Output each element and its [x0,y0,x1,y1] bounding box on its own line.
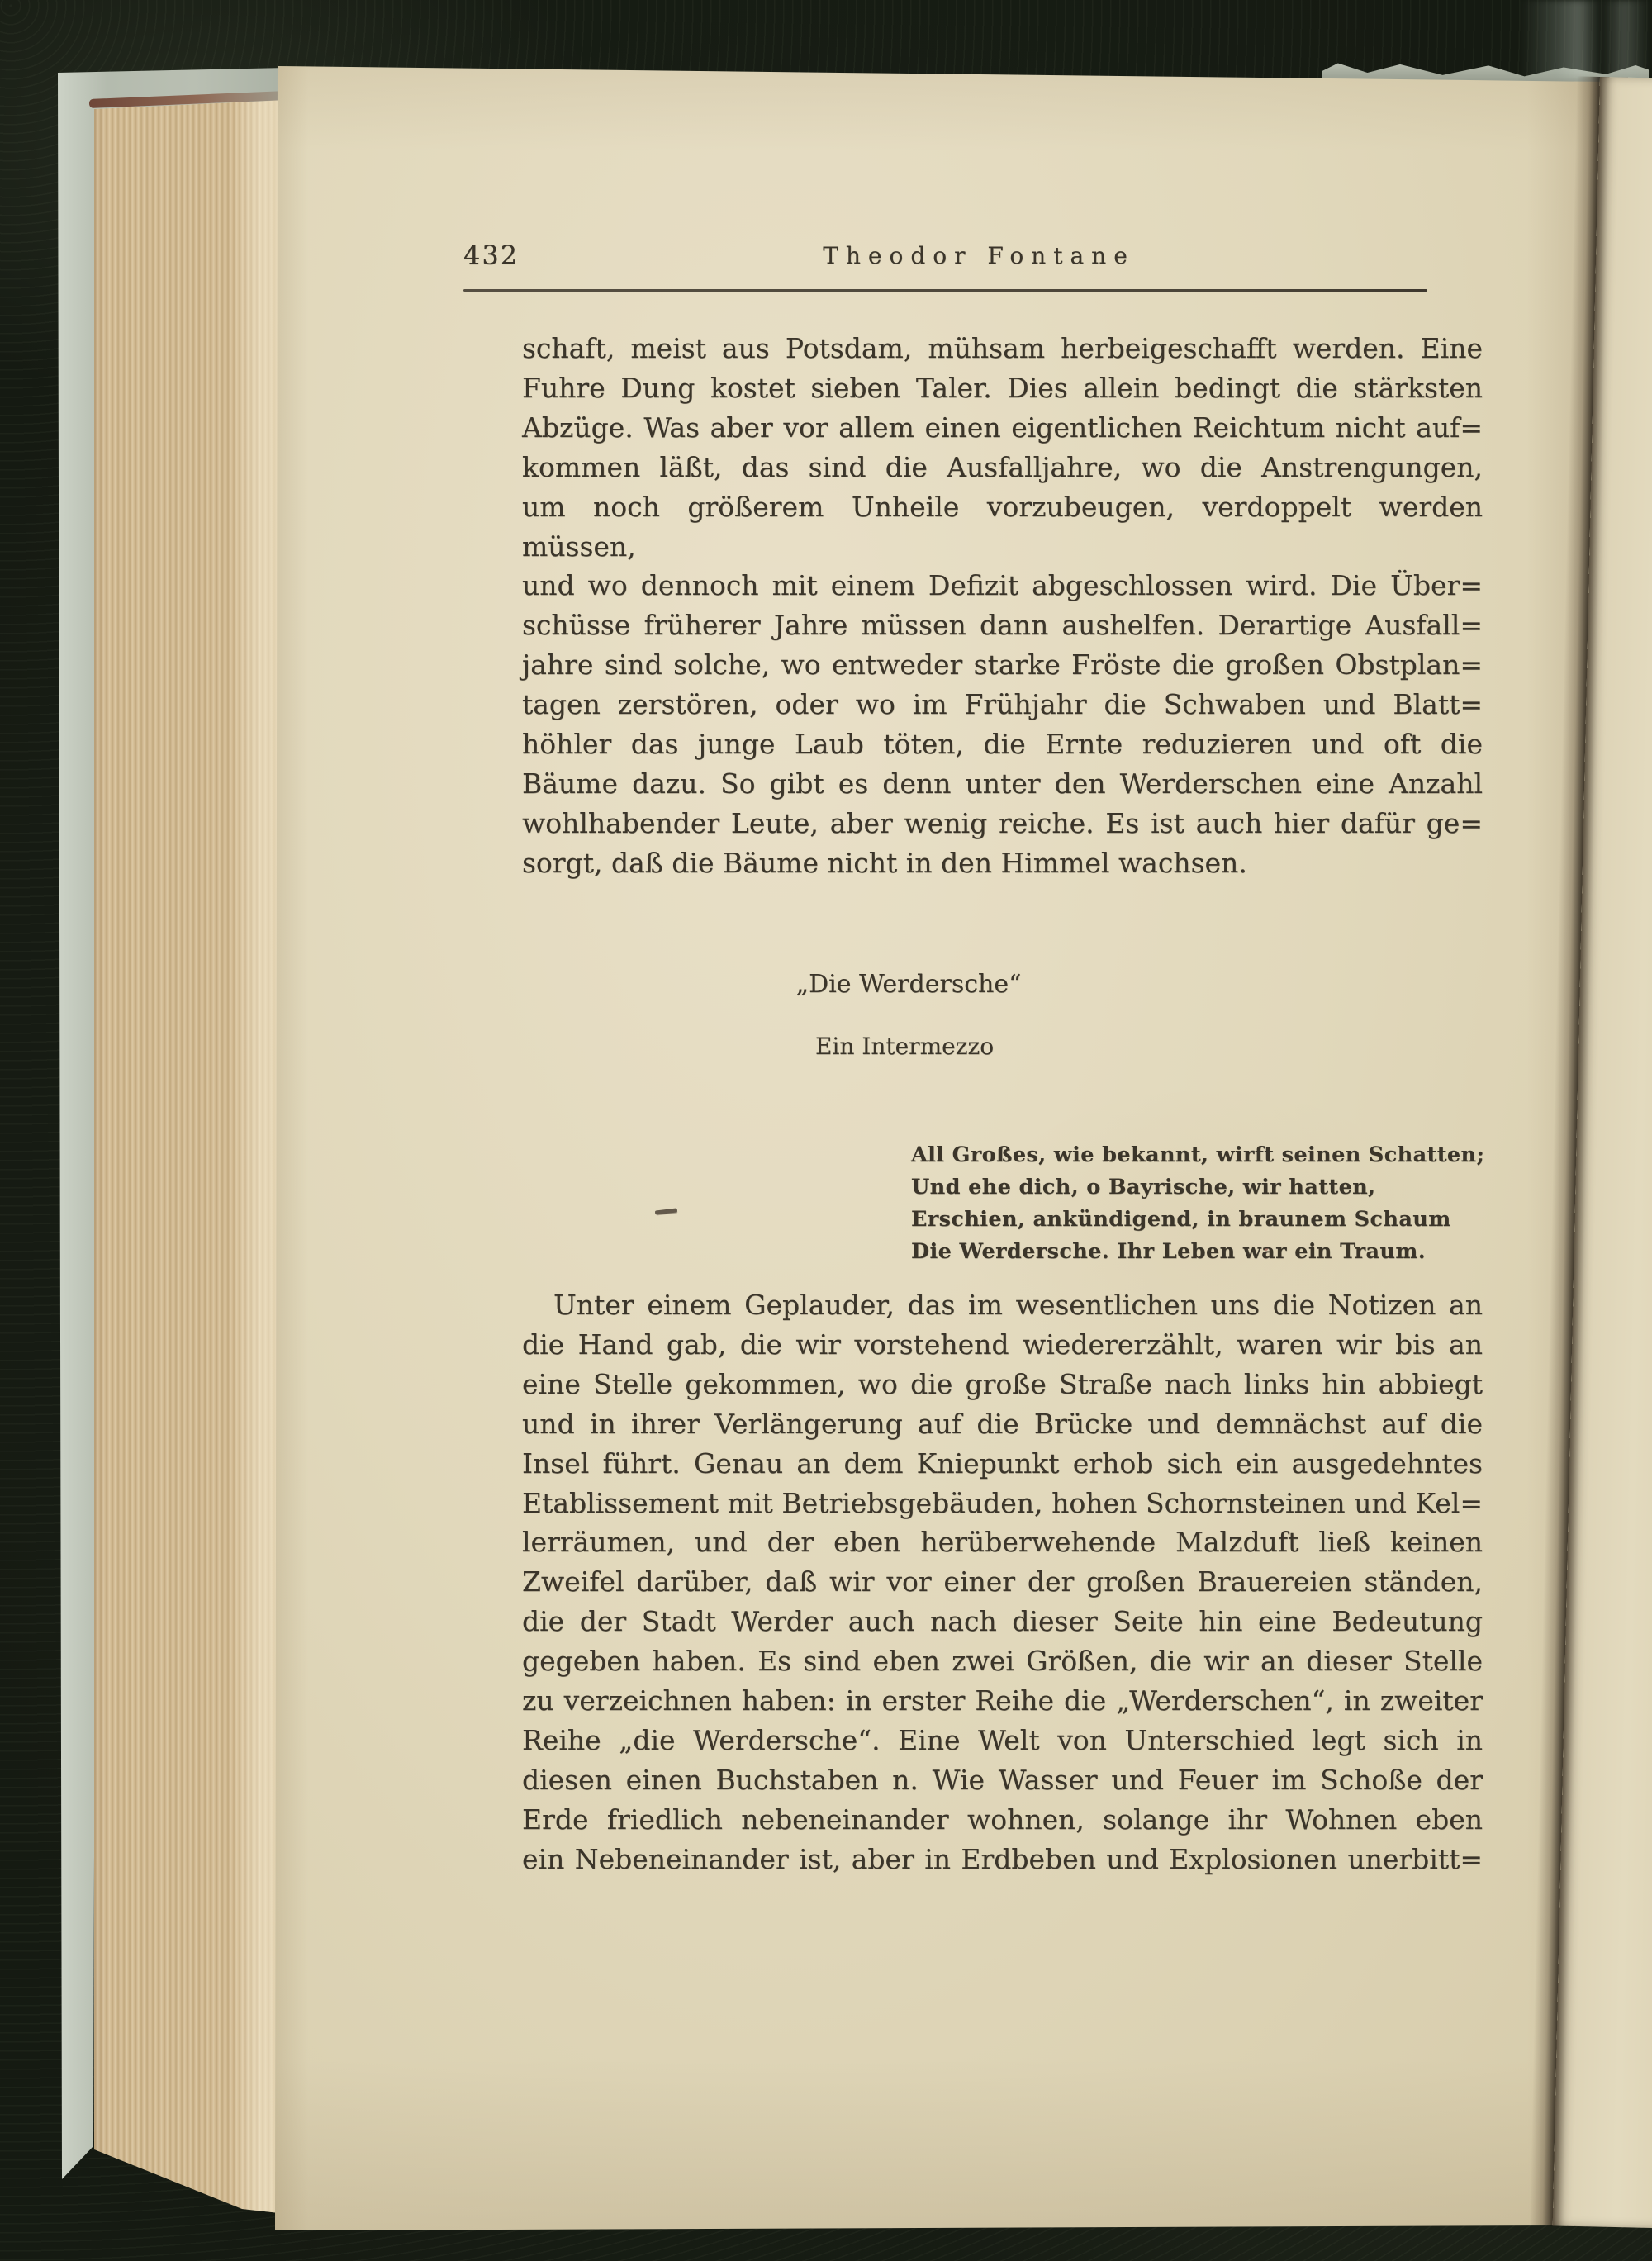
text-line: schüsse früherer Jahre müssen dann aushe… [522,606,1483,645]
text-line: tagen zerstören, oder wo im Frühjahr die… [522,685,1483,724]
text-line: zu verzeichnen haben: in erster Reihe di… [522,1681,1483,1721]
epigraph-verse: All Großes, wie bekannt, wirft seinen Sc… [911,1139,1484,1268]
text-line: Fuhre Dung kostet sieben Taler. Dies all… [522,368,1483,408]
text-line: Und ehe dich, o Bayrische, wir hatten, [911,1171,1484,1204]
text-line: sorgt, daß die Bäume nicht in den Himmel… [522,843,1483,883]
header-rule [463,289,1427,292]
text-line: diesen einen Buchstaben n. Wie Wasser un… [522,1760,1483,1800]
text-line: Etablissement mit Betriebsgebäuden, hohe… [522,1484,1483,1523]
text-line: All Großes, wie bekannt, wirft seinen Sc… [911,1139,1484,1171]
text-line: Reihe „die Werdersche“. Eine Welt von Un… [522,1721,1483,1760]
page-number: 432 [463,240,519,271]
text-line: die Hand gab, die wir vorstehend wiedere… [522,1325,1483,1365]
running-header: Theodor Fontane [823,242,1135,269]
text-line: Die Werdersche. Ihr Leben war ein Traum. [911,1236,1484,1268]
section-title: „Die Werdersche“ [796,970,1022,999]
text-line: und in ihrer Verlängerung auf die Brücke… [522,1404,1483,1444]
page-block-fore-edge [87,96,287,2214]
section-subtitle: Ein Intermezzo [815,1033,994,1060]
text-line: um noch größerem Unheile vorzubeugen, ve… [522,487,1483,567]
text-line: ein Nebeneinander ist, aber in Erdbeben … [522,1840,1483,1879]
text-line: die der Stadt Werder auch nach dieser Se… [522,1602,1483,1641]
book-page: 432 Theodor Fontane schaft, meist aus Po… [275,64,1607,2232]
text-line: kommen läßt, das sind die Ausfalljahre, … [522,448,1483,487]
stray-ink-mark [655,1208,677,1214]
paragraph-1: schaft, meist aus Potsdam, mühsam herbei… [522,329,1483,883]
background-glare [1520,0,1650,78]
text-line: Abzüge. Was aber vor allem einen eigentl… [522,408,1483,448]
text-line: eine Stelle gekommen, wo die große Straß… [522,1365,1483,1404]
text-line: schaft, meist aus Potsdam, mühsam herbei… [522,329,1483,368]
text-line: Bäume dazu. So gibt es denn unter den We… [522,764,1483,804]
text-line: und wo dennoch mit einem Defizit abgesch… [522,566,1483,606]
text-line: höhler das junge Laub töten, die Ernte r… [522,724,1483,764]
text-line: Unter einem Geplauder, das im wesentlich… [522,1285,1483,1325]
paragraph-2: Unter einem Geplauder, das im wesentlich… [522,1285,1483,1879]
text-line: Erde friedlich nebeneinander wohnen, sol… [522,1800,1483,1840]
text-line: gegeben haben. Es sind eben zwei Größen,… [522,1641,1483,1681]
text-line: lerräumen, und der eben herüberwehende M… [522,1522,1483,1562]
text-line: jahre sind solche, wo entweder starke Fr… [522,645,1483,685]
text-line: wohlhabender Leute, aber wenig reiche. E… [522,804,1483,843]
text-line: Zweifel darüber, daß wir vor einer der g… [522,1562,1483,1602]
photo-background: 432 Theodor Fontane schaft, meist aus Po… [0,0,1652,2261]
text-line: Insel führt. Genau an dem Kniepunkt erho… [522,1444,1483,1484]
text-line: Erschien, ankündigend, in braunem Schaum [911,1204,1484,1236]
